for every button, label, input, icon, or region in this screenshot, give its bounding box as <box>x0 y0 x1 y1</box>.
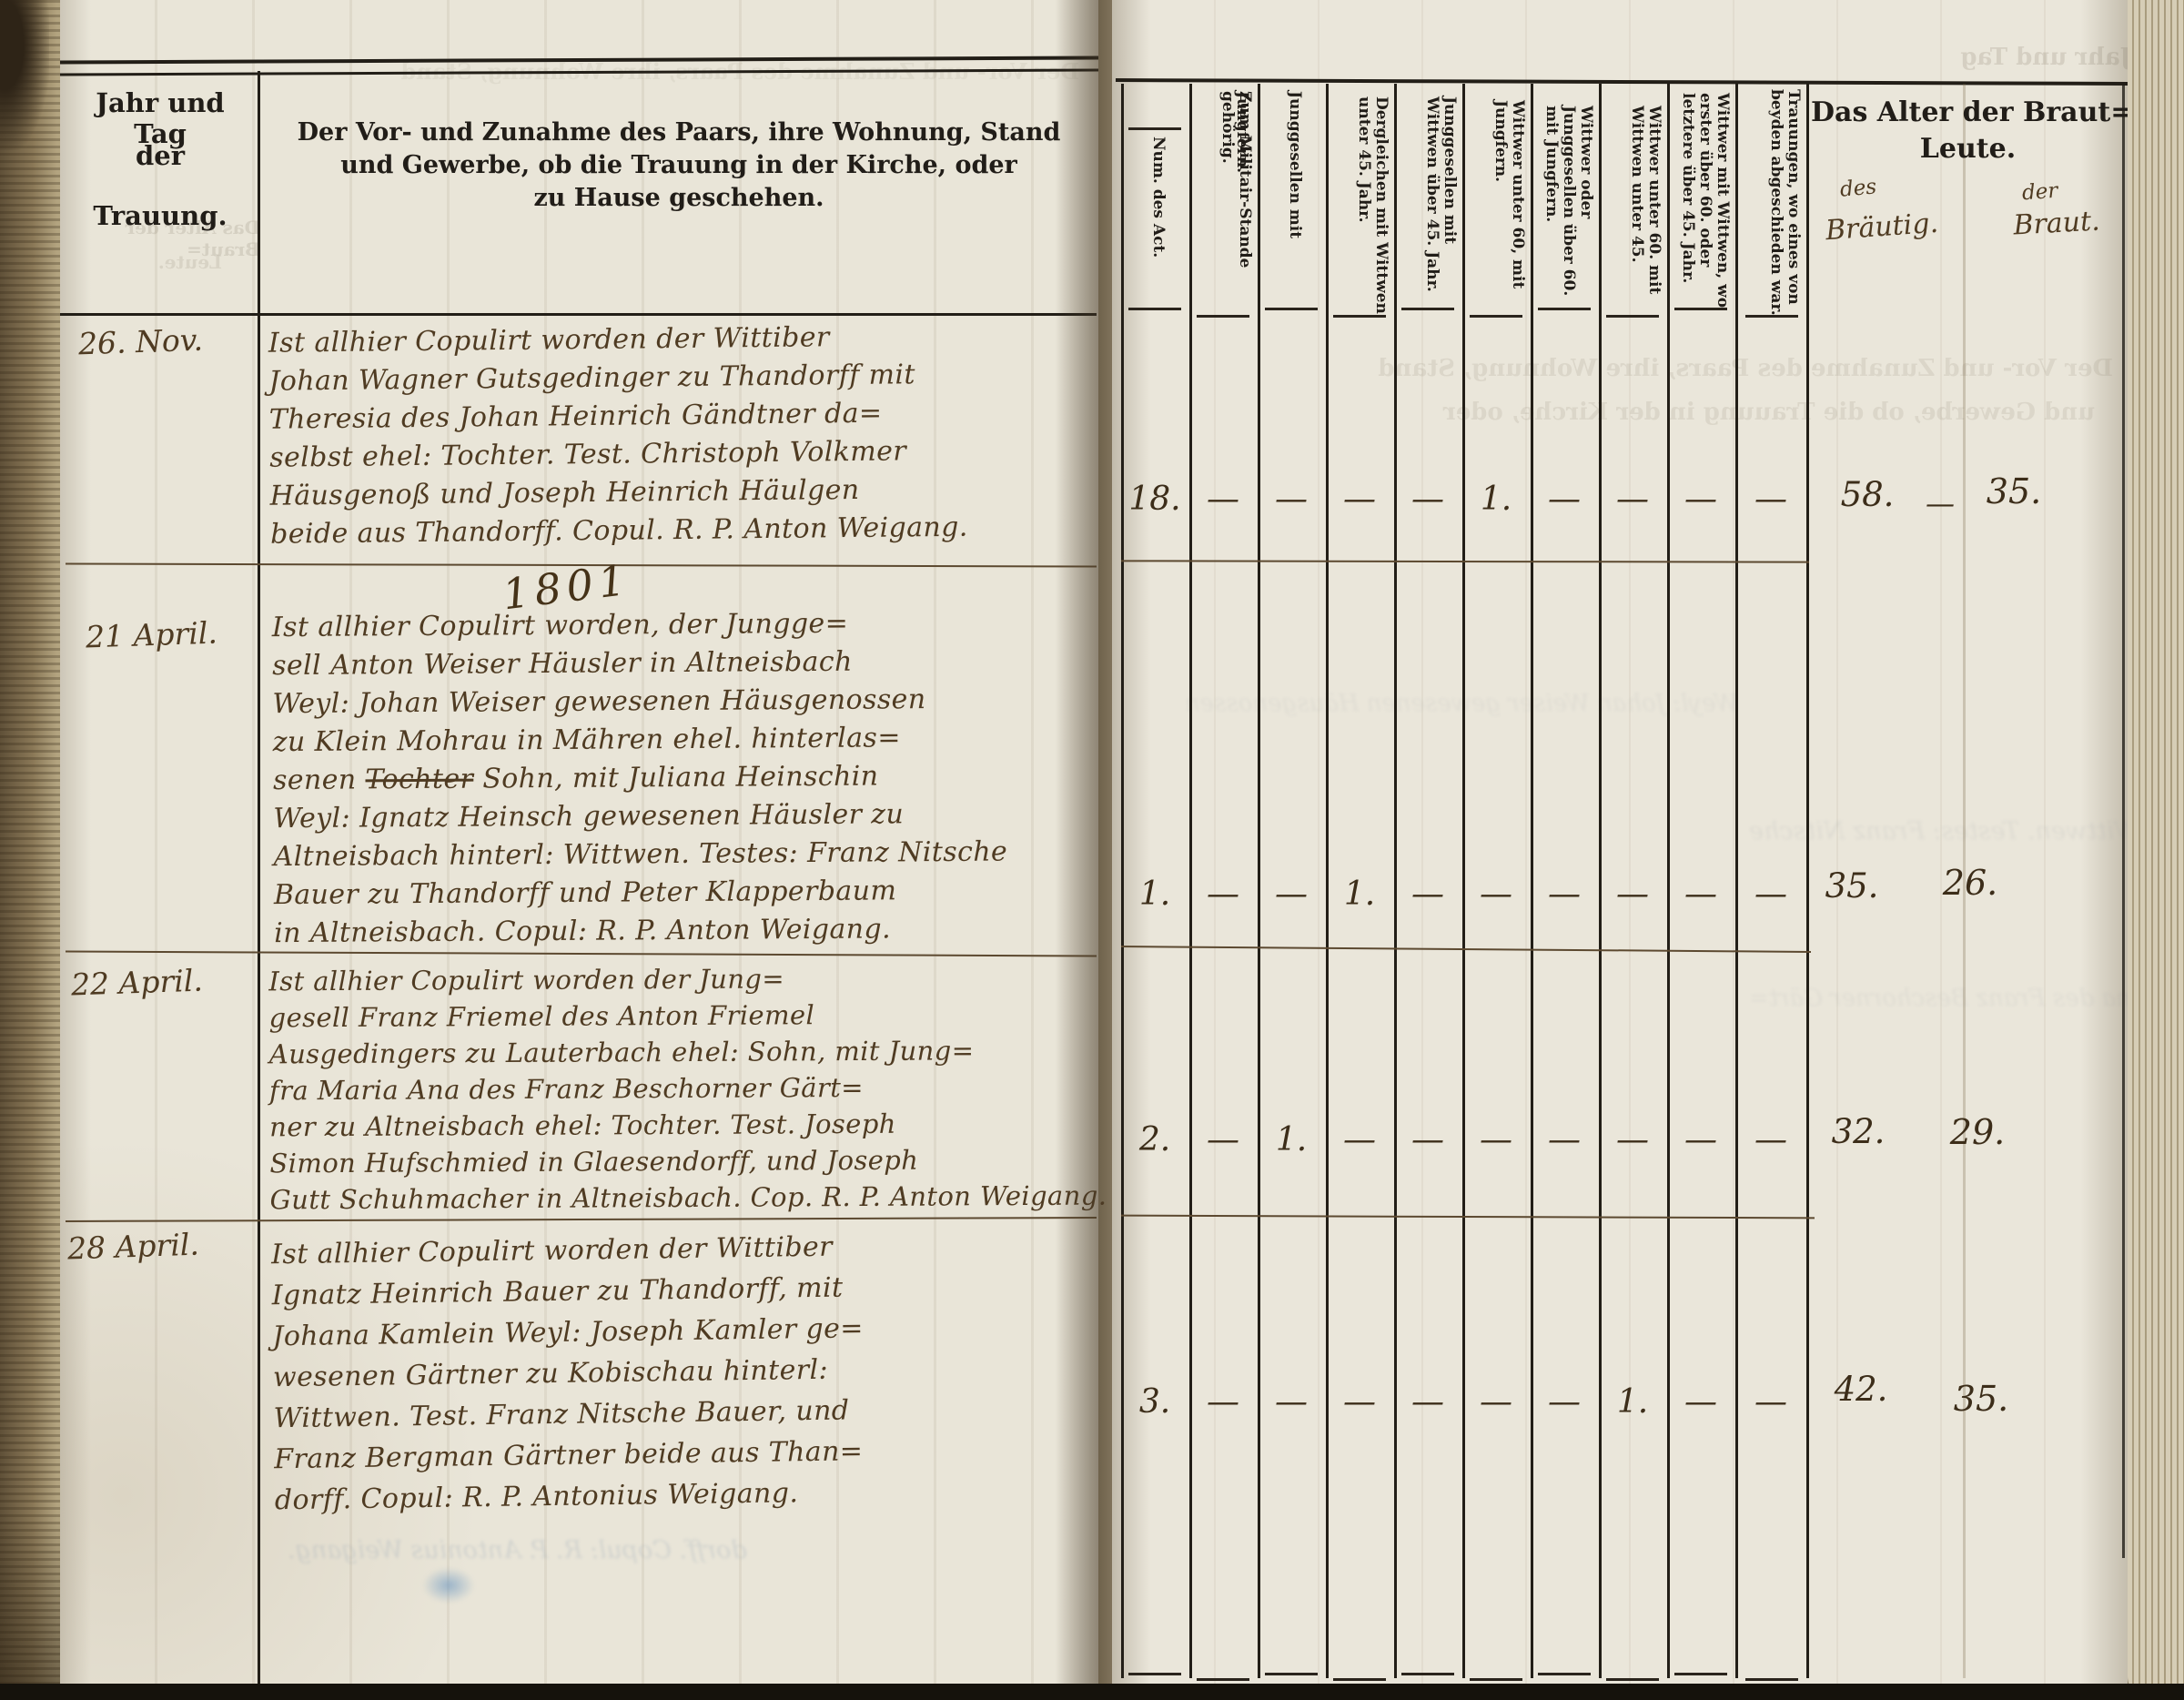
tally-cell: — <box>1257 875 1326 913</box>
tally-column-header: Junggesellen mit Jungfern. <box>1263 91 1321 317</box>
tally-cell: — <box>1530 875 1599 913</box>
bleedthrough-text: Der Vor- und Zunahme des Paars, ihre Woh… <box>1622 355 2113 382</box>
tally-cell: — <box>1325 1383 1394 1421</box>
right-margin-line <box>2122 84 2125 1558</box>
tally-cell: — <box>1598 481 1667 518</box>
header-cell-cap <box>1128 127 1181 130</box>
entry-line: Gutt Schuhmacher in Altneisbach. Cop. R.… <box>270 1178 1094 1219</box>
header-cell-cap <box>1470 315 1522 318</box>
header-cell-cap <box>1745 315 1798 318</box>
right-page: Jahr und Tag Der Vor- und Zunahme des Pa… <box>1112 0 2128 1700</box>
header-couple-column-line1: Der Vor- und Zunahme des Paars, ihre Woh… <box>269 118 1088 147</box>
tally-cell: — <box>1736 481 1805 518</box>
tally-cell: 18. <box>1120 481 1189 518</box>
tally-cell: — <box>1325 481 1394 518</box>
struck-word: Tochter <box>365 764 473 796</box>
entry-line: zu Klein Mohrau in Mähren ehel. hinterla… <box>273 718 1092 762</box>
header-cell-cap <box>1333 315 1386 318</box>
column-divider <box>258 71 260 1689</box>
entry-line: Weyl: Johan Weiser gewesenen Häusgenosse… <box>272 680 1091 724</box>
groom-age: 35. <box>1797 866 1906 906</box>
row-separator <box>66 1217 1097 1222</box>
tally-column-header: Wittwer unter 60. mit Wittwen unter 45. <box>1604 106 1663 319</box>
header-date-column-line2: der <box>66 140 255 171</box>
tally-cell: — <box>1461 1121 1531 1159</box>
bride-age: 35. <box>1922 1379 2040 1419</box>
groom-age: 58. <box>1813 475 1922 514</box>
book-bottom-shadow <box>0 1684 2184 1700</box>
column-end-cap <box>1745 1678 1798 1681</box>
entry-line: beide aus Thandorff. Copul. R. P. Anton … <box>270 507 1089 553</box>
entry-line: gesell Franz Friemel des Anton Friemel <box>268 996 1092 1037</box>
tally-cell: — <box>1188 481 1258 518</box>
tally-column-header: Trauungen, wo eines von beyden abgeschie… <box>1744 89 1802 317</box>
tally-cell: — <box>1393 481 1462 518</box>
age-header-line2: Leute. <box>1811 133 2125 165</box>
tally-cell: — <box>1736 1121 1805 1159</box>
entry-line: Bauer zu Thandorff und Peter Klapperbaum <box>274 871 1093 915</box>
top-rule <box>1116 78 2128 86</box>
entry-text-block: Ist allhier Copulirt worden der Jung= ge… <box>268 959 1093 1219</box>
column-end-cap <box>1538 1673 1591 1675</box>
tally-column-header: Junggesellen mit Wittwen über 45. Jahr. <box>1400 96 1458 315</box>
tally-cell: — <box>1257 1383 1326 1421</box>
tally-cell: — <box>1188 1121 1258 1159</box>
tally-cell: — <box>1530 1383 1599 1421</box>
tally-cell: — <box>1393 875 1462 913</box>
tally-cell: — <box>1188 875 1258 913</box>
left-page: Das Alter der Braut= Leute. Der Vor- und… <box>60 0 1098 1700</box>
age-subheader-groom: Bräutig. <box>1808 206 1956 248</box>
entry-line: Ist allhier Copulirt worden, der Jungge= <box>272 603 1091 647</box>
tally-cell: — <box>1598 875 1667 913</box>
header-cell-cap <box>1606 315 1659 318</box>
bride-age: 26. <box>1911 863 2029 903</box>
tally-cell: — <box>1393 1121 1462 1159</box>
row-separator <box>1121 1215 1815 1219</box>
tally-cell: — <box>1666 1383 1735 1421</box>
header-couple-column-line2: und Gewerbe, ob die Trauung in der Kirch… <box>269 151 1088 179</box>
entry-text-block: Ist allhier Copulirt worden der Wittiber… <box>268 316 1090 553</box>
top-rule-2 <box>60 69 1098 76</box>
tally-cell: — <box>1530 1121 1599 1159</box>
tally-cell: — <box>1530 481 1599 518</box>
column-end-cap <box>1606 1678 1659 1681</box>
tally-cell: 2. <box>1120 1121 1189 1159</box>
column-end-cap <box>1128 1673 1181 1675</box>
tally-cell: — <box>1736 1383 1805 1421</box>
age-subheader-bride-small: der <box>2021 179 2058 206</box>
tally-cell: — <box>1393 1383 1462 1421</box>
entry-line: Ist allhier Copulirt worden der Jung= <box>268 959 1092 1000</box>
header-cell-cap <box>1265 308 1318 310</box>
tally-cell: — <box>1461 875 1531 913</box>
column-end-cap <box>1197 1678 1249 1681</box>
binding-foot-shadow <box>0 1511 60 1693</box>
header-couple-column-line3: zu Hause geschehen. <box>269 184 1088 212</box>
entry-line: Weyl: Ignatz Heinsch gewesenen Häusler z… <box>273 794 1092 838</box>
ink-smudge <box>422 1567 475 1604</box>
entry-date: 21 April. <box>85 614 217 654</box>
tally-column-header: Wittwer oder Junggesellen über 60. mit J… <box>1536 106 1594 319</box>
top-rule <box>60 56 1098 65</box>
strike-post: Sohn, mit Juliana Heinschin <box>473 760 878 794</box>
column-end-cap <box>1470 1678 1522 1681</box>
entry-line: fra Maria Ana des Franz Beschorner Gärt= <box>269 1068 1093 1109</box>
column-end-cap <box>1265 1673 1318 1675</box>
entry-date: 26. Nov. <box>77 322 203 362</box>
tally-cell: — <box>1188 1383 1258 1421</box>
groom-age: 42. <box>1806 1370 1916 1409</box>
tally-cell: — <box>1598 1121 1667 1159</box>
binding-corner-shadow <box>0 0 49 150</box>
bleedthrough-text: Leute. <box>113 251 222 273</box>
entry-text-block: Ist allhier Copulirt worden, der Jungge=… <box>272 603 1094 953</box>
tally-cell: — <box>1736 875 1805 913</box>
entry-line: Altneisbach hinterl: Wittwen. Testes: Fr… <box>273 833 1092 876</box>
header-cell-cap <box>1197 315 1249 318</box>
entry-line: in Altneisbach. Copul: R. P. Anton Weiga… <box>274 909 1093 953</box>
header-bottom-rule <box>60 313 1097 316</box>
entry-line: ner zu Altneisbach ehel: Tochter. Test. … <box>269 1105 1093 1146</box>
age-header-line1: Das Alter der Braut= <box>1811 96 2125 128</box>
entry-date: 22 April. <box>70 962 203 1002</box>
tally-cell: — <box>1666 1121 1735 1159</box>
groom-age: 32. <box>1804 1112 1913 1151</box>
header-cell-cap <box>1128 308 1181 310</box>
row-separator <box>1121 946 1811 953</box>
tally-cell: — <box>1666 875 1735 913</box>
bleedthrough-handwriting: Altneisbach hinterl: Wittwen. Testes: Fr… <box>1749 817 2184 845</box>
bleedthrough-text: Jahr und Tag <box>1913 44 2131 71</box>
age-subheader-groom-small: des <box>1839 175 1877 201</box>
header-cell-cap <box>1674 308 1727 310</box>
tally-cell: 1. <box>1325 875 1394 913</box>
entry-date: 28 April. <box>66 1226 199 1266</box>
column-end-cap <box>1674 1673 1727 1675</box>
entry-line: sell Anton Weiser Häusler in Altneisbach <box>272 642 1091 685</box>
bleedthrough-handwriting: dorff. Copul: R. P. Antonius Weigang. <box>288 1536 747 1564</box>
tally-cell: 1. <box>1120 875 1189 913</box>
bleedthrough-handwriting: fra Maria Ana des Franz Beschorner Gärt= <box>1749 985 2184 1012</box>
strike-pre: senen <box>273 764 366 796</box>
tally-column-header: Num. des Act. <box>1127 137 1185 273</box>
tally-cell: 1. <box>1461 481 1531 518</box>
book-binding-edge <box>0 0 60 1700</box>
tally-cell: — <box>1257 481 1326 518</box>
entry-line: Simon Hufschmied in Glaesendorff, und Jo… <box>269 1141 1093 1182</box>
tally-cell: — <box>1666 481 1735 518</box>
bride-age: 35. <box>1955 471 2073 511</box>
tally-column-header: Wittwer unter 60, mit Jungfern. <box>1468 100 1526 314</box>
tally-cell: — <box>1325 1121 1394 1159</box>
column-end-cap <box>1333 1678 1386 1681</box>
tally-cell: 1. <box>1598 1383 1667 1421</box>
tally-cell: — <box>1461 1383 1531 1421</box>
tally-column-header: Wittwer mit Wittwen, wo erster über 60. … <box>1673 93 1731 322</box>
register-book-spread: Das Alter der Braut= Leute. Der Vor- und… <box>0 0 2184 1700</box>
tally-cell: 1. <box>1257 1121 1326 1159</box>
age-subheader-bride: Braut. <box>1992 204 2121 242</box>
header-cell-cap <box>1538 308 1591 310</box>
row-separator <box>66 951 1097 957</box>
entry-text-block: Ist allhier Copulirt worden der Wittiber… <box>271 1223 1094 1522</box>
bleedthrough-text: und Gewerbe, ob die Trauung in der Kirch… <box>1649 399 2095 426</box>
tally-cell: 3. <box>1120 1383 1189 1421</box>
row-separator <box>1121 560 1809 562</box>
header-cell-cap <box>1401 308 1454 310</box>
bride-age: 29. <box>1918 1112 2037 1152</box>
tally-column-header: Dergleichen mit Wittwen unter 45. Jahr. <box>1331 96 1390 315</box>
entry-line-with-strikethrough: senen Tochter Sohn, mit Juliana Heinschi… <box>273 756 1092 800</box>
header-date-column-line3: Trauung. <box>66 200 255 231</box>
page-edge-stack <box>2128 0 2184 1700</box>
column-end-cap <box>1401 1673 1454 1675</box>
entry-line: Ausgedingers zu Lauterbach ehel: Sohn, m… <box>269 1032 1093 1073</box>
